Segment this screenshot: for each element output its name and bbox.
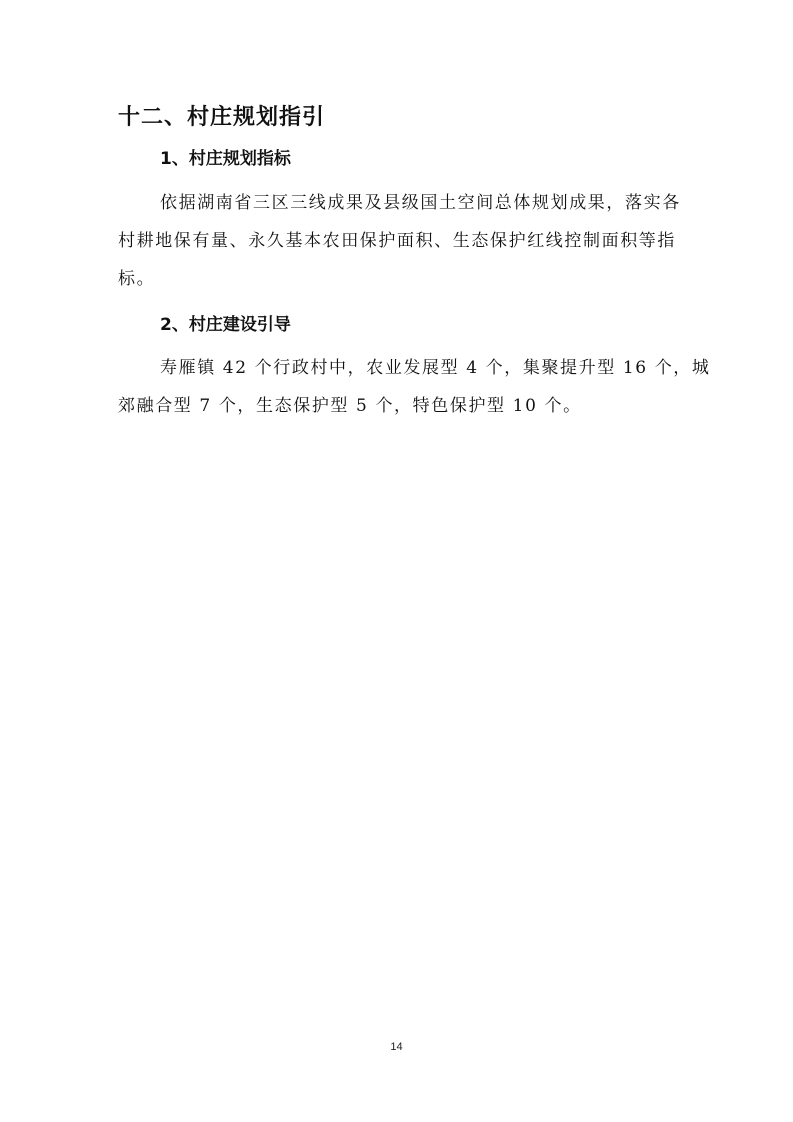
section-title-construction-guidance: 2、村庄建设引导 <box>160 313 291 337</box>
paragraph-line: 村耕地保有量、永久基本农田保护面积、生态保护红线控制面积等指 <box>118 222 678 260</box>
page-number: 14 <box>0 1041 793 1053</box>
paragraph-construction-guidance: 寿雁镇 42 个行政村中，农业发展型 4 个，集聚提升型 16 个，城 郊融合型… <box>118 349 678 425</box>
paragraph-planning-indicators: 依据湖南省三区三线成果及县级国土空间总体规划成果，落实各 村耕地保有量、永久基本… <box>118 184 678 298</box>
paragraph-line: 依据湖南省三区三线成果及县级国土空间总体规划成果，落实各 <box>118 184 678 222</box>
section-title-planning-indicators: 1、村庄规划指标 <box>160 147 291 171</box>
paragraph-line: 寿雁镇 42 个行政村中，农业发展型 4 个，集聚提升型 16 个，城 <box>118 349 678 387</box>
chapter-title: 十二、村庄规划指引 <box>118 104 325 132</box>
paragraph-line: 标。 <box>118 260 678 298</box>
paragraph-line: 郊融合型 7 个，生态保护型 5 个，特色保护型 10 个。 <box>118 387 678 425</box>
document-page: 十二、村庄规划指引 1、村庄规划指标 依据湖南省三区三线成果及县级国土空间总体规… <box>0 0 793 1122</box>
